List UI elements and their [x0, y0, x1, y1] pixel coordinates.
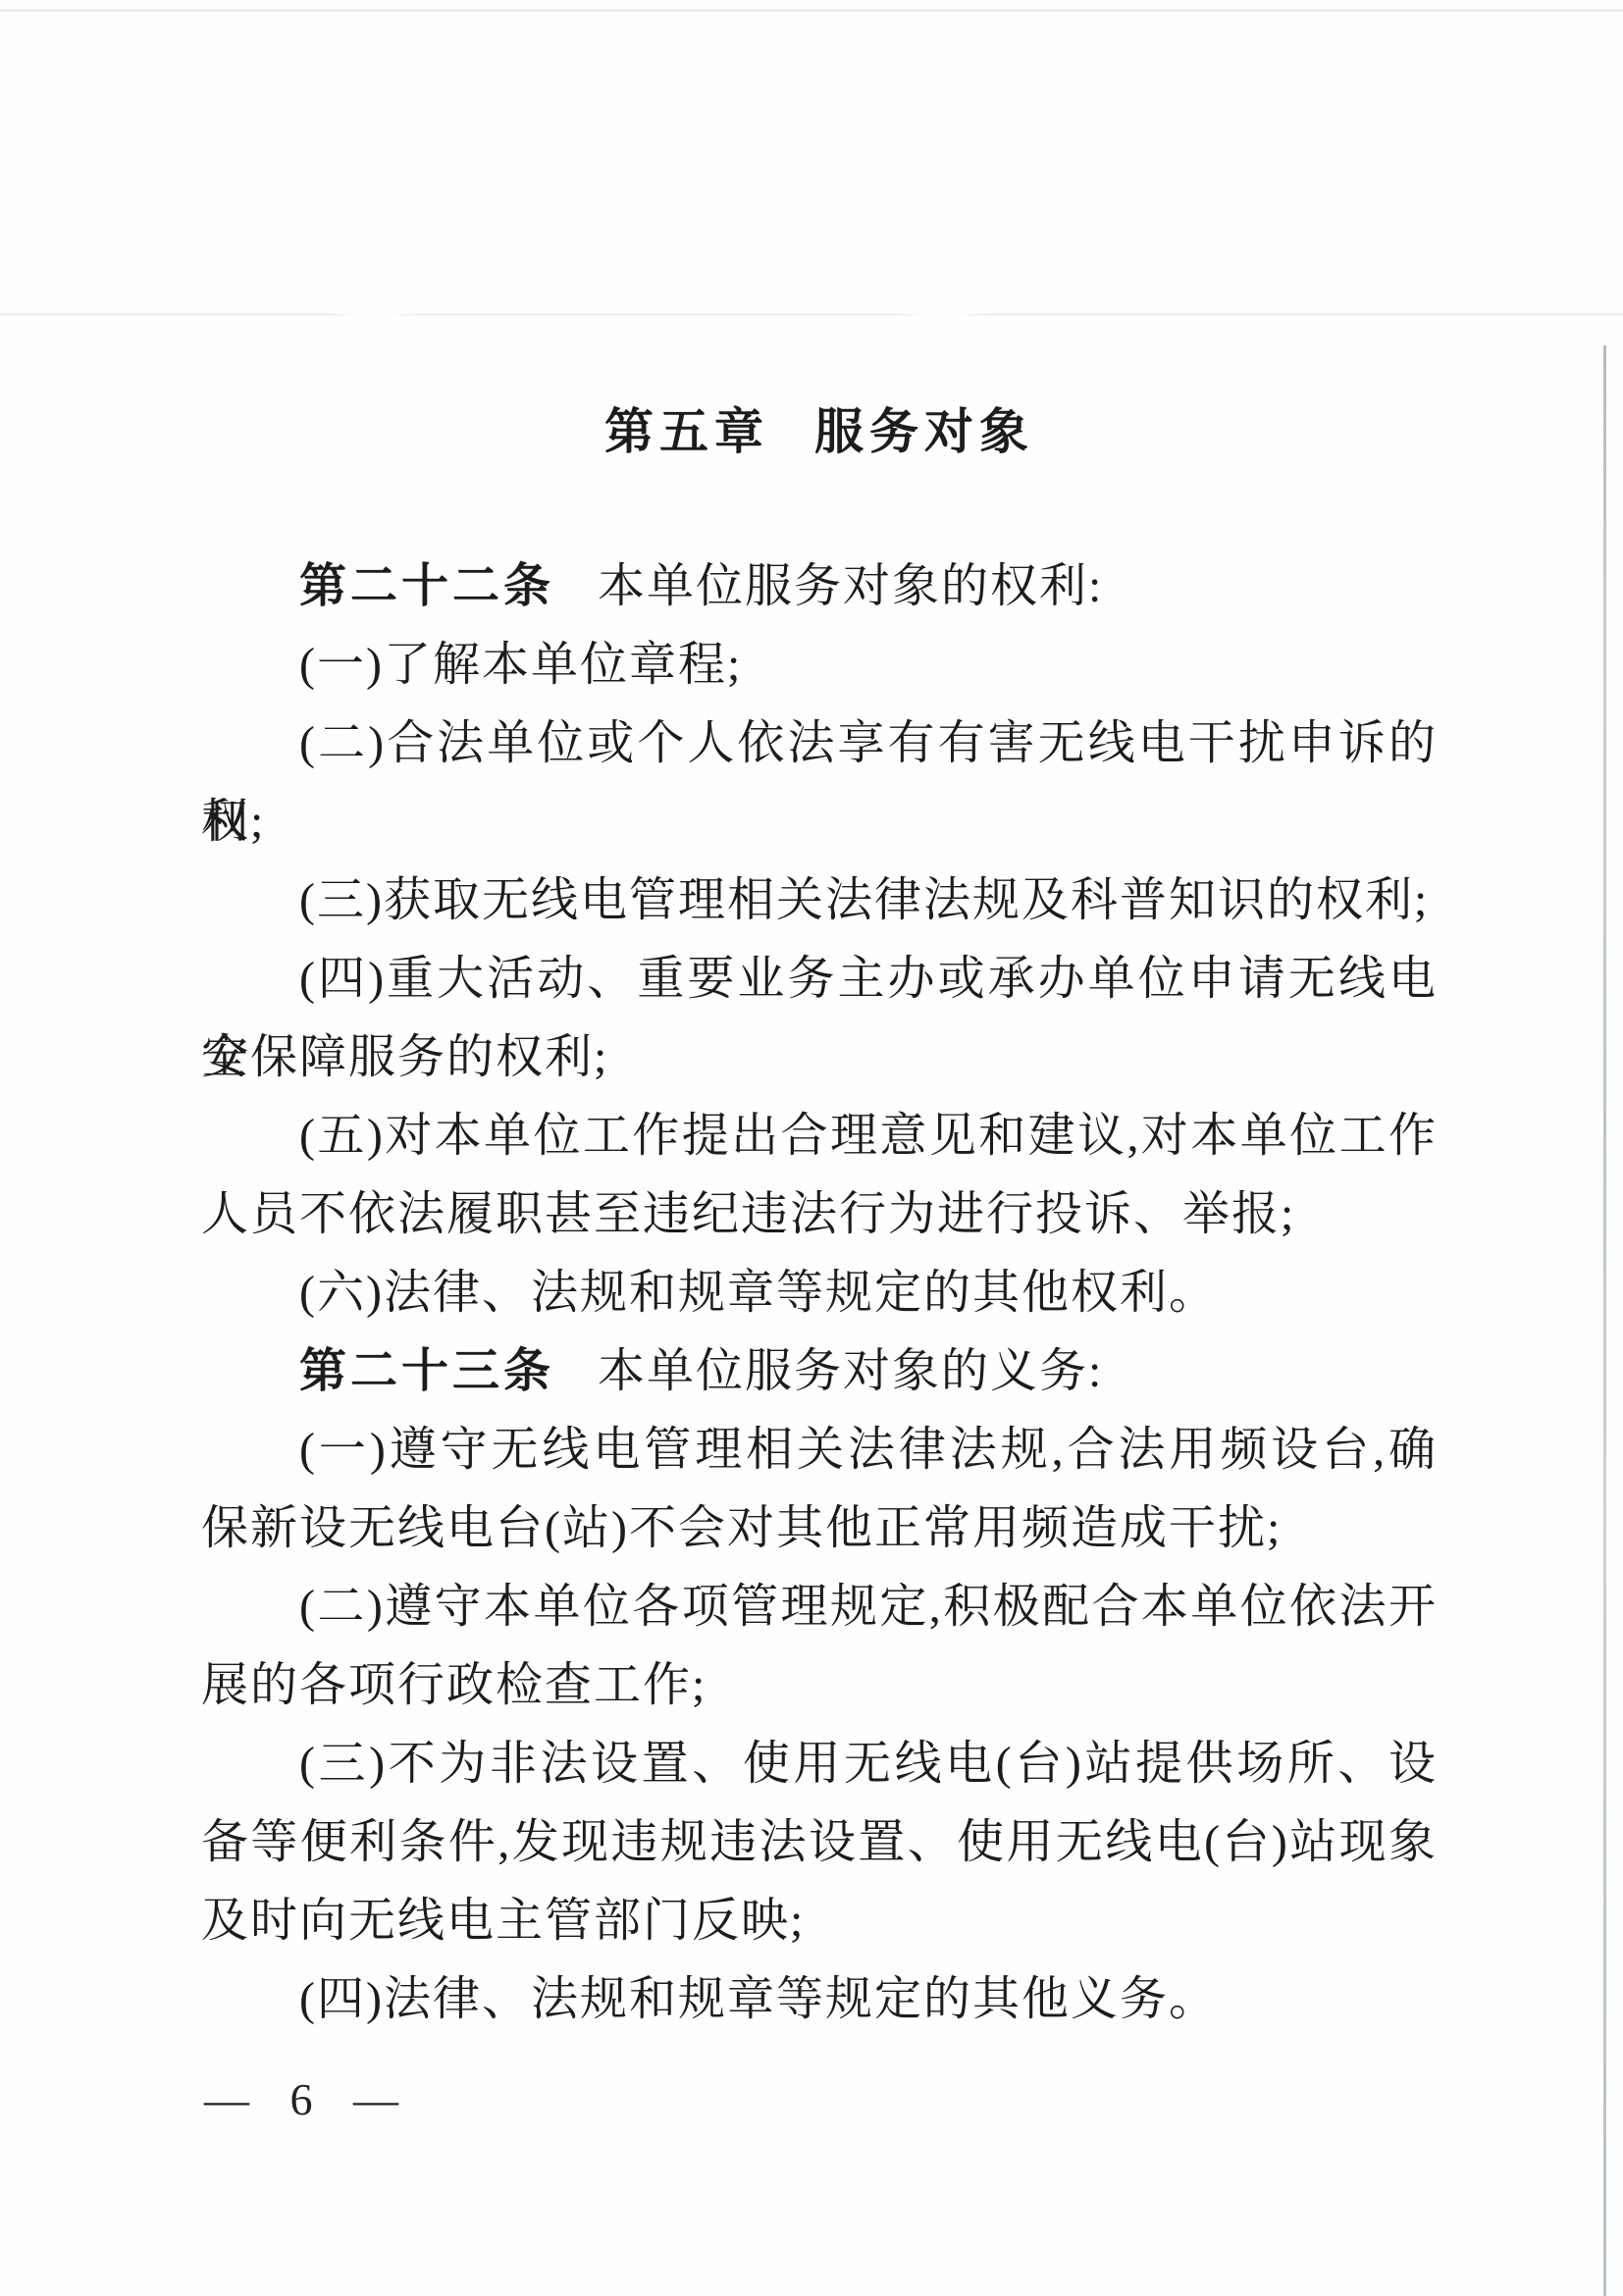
text-line: 保新设无线电台(站)不会对其他正常用频造成干扰;: [201, 1489, 1438, 1568]
article-number-head: 第二十三条: [299, 1345, 554, 1397]
text-line: (二)遵守本单位各项管理规定,积极配合本单位依法开: [201, 1568, 1438, 1646]
text-line: 全保障服务的权利;: [201, 1018, 1438, 1097]
text-line: (五)对本单位工作提出合理意见和建议,对本单位工作: [201, 1097, 1438, 1175]
page-number-footer: — 6 —: [204, 2059, 402, 2141]
scan-artifact-top-line: [0, 9, 1623, 12]
text-line: 利;: [201, 783, 1438, 861]
text-line: (一)了解本单位章程;: [201, 626, 1438, 704]
text-line: 第二十三条本单位服务对象的义务:: [201, 1332, 1438, 1411]
article-head-text: 本单位服务对象的义务:: [598, 1345, 1103, 1397]
text-line: 人员不依法履职甚至违纪违法行为进行投诉、举报;: [201, 1175, 1438, 1254]
chapter-title: 服务对象: [814, 404, 1034, 459]
text-line: (三)不为非法设置、使用无线电(台)站提供场所、设: [201, 1725, 1438, 1803]
text-line: (一)遵守无线电管理相关法律法规,合法用频设台,确: [201, 1411, 1438, 1489]
chapter-number: 第五章: [604, 404, 769, 459]
document-body-text: 第二十二条本单位服务对象的权利:(一)了解本单位章程;(二)合法单位或个人依法享…: [201, 548, 1438, 2039]
text-line: 展的各项行政检查工作;: [201, 1646, 1438, 1725]
scanned-document-page: 第五章服务对象 第二十二条本单位服务对象的权利:(一)了解本单位章程;(二)合法…: [0, 0, 1623, 2296]
text-line: 备等便利条件,发现违规违法设置、使用无线电(台)站现象: [201, 1803, 1438, 1882]
text-line: (四)重大活动、重要业务主办或承办单位申请无线电安: [201, 940, 1438, 1018]
article-number-head: 第二十二条: [299, 560, 554, 612]
chapter-heading: 第五章服务对象: [201, 391, 1438, 473]
scan-artifact-right-edge-line: [1603, 345, 1606, 2296]
text-line: (三)获取无线电管理相关法律法规及科普知识的权利;: [201, 861, 1438, 940]
text-line: 第二十二条本单位服务对象的权利:: [201, 548, 1438, 626]
text-line: (四)法律、法规和规章等规定的其他义务。: [201, 1960, 1438, 2039]
text-line: (六)法律、法规和规章等规定的其他权利。: [201, 1254, 1438, 1332]
article-head-text: 本单位服务对象的权利:: [598, 560, 1103, 612]
text-line: (二)合法单位或个人依法享有有害无线电干扰申诉的权: [201, 704, 1438, 783]
text-line: 及时向无线电主管部门反映;: [201, 1882, 1438, 1960]
scan-artifact-middle-line: [0, 313, 1623, 316]
